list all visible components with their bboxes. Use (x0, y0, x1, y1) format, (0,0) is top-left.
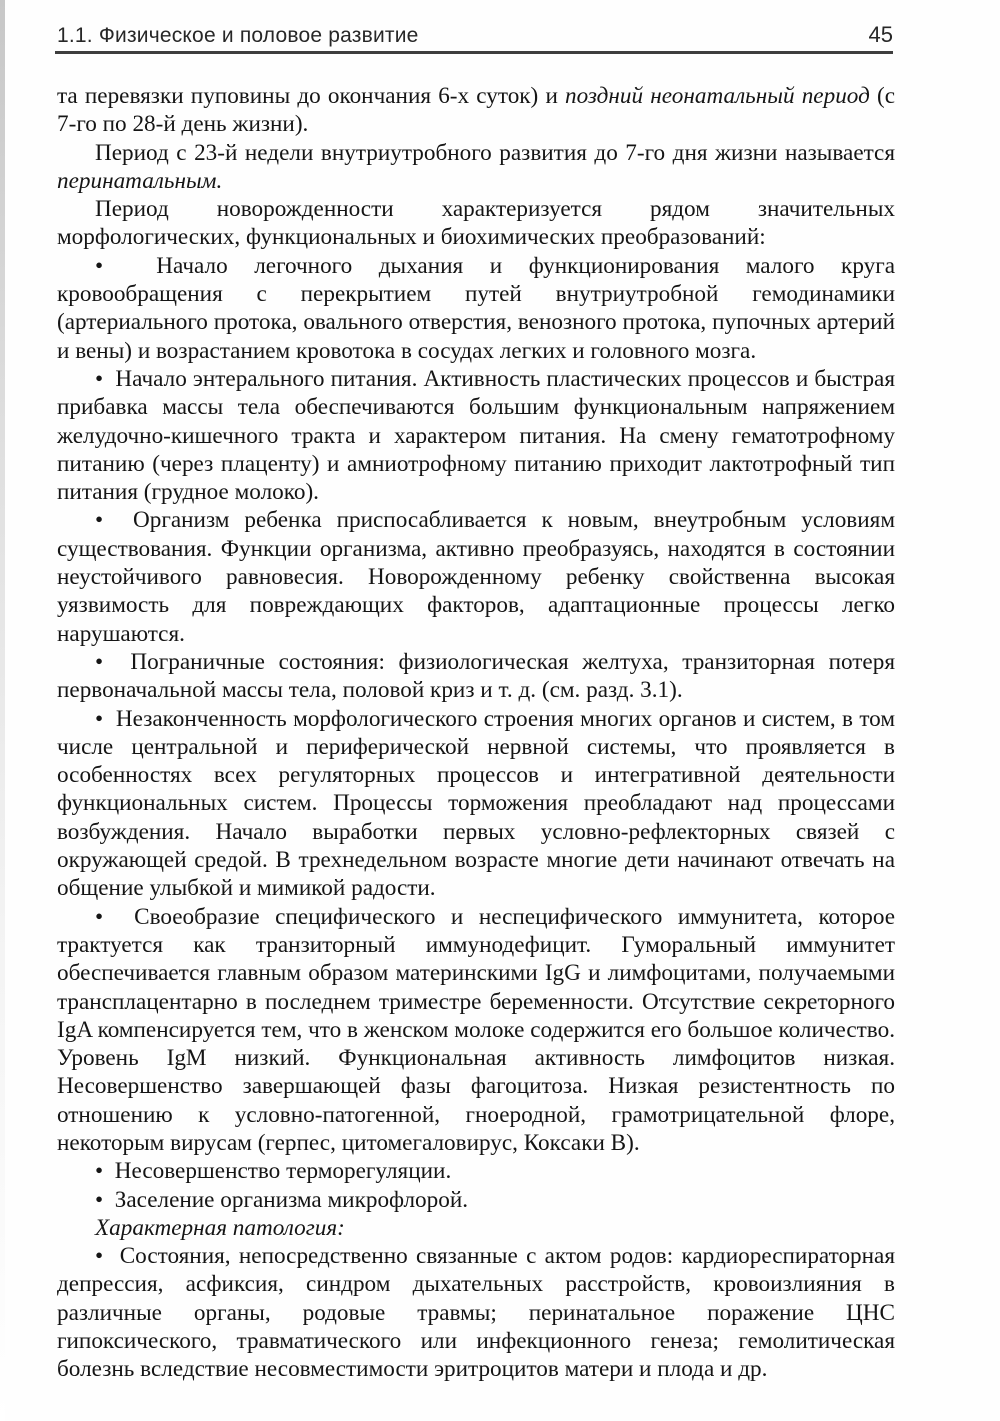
book-page: 1.1. Физическое и половое развитие 45 та… (0, 0, 1000, 1421)
bullet-icon: • (95, 904, 134, 930)
body-text-segment: Пограничные состояния: физиологическая ж… (57, 649, 895, 703)
body-text-segment: Заселение организма микрофлорой. (115, 1187, 468, 1213)
bullet-icon: • (95, 1187, 115, 1213)
body-text-segment: Своеобразие специфического и неспецифиче… (57, 904, 895, 1156)
bullet-item: • Организм ребенка приспосабливается к н… (57, 506, 895, 647)
paragraph: Период новорожденности характеризуется р… (57, 195, 895, 252)
running-header-title: 1.1. Физическое и половое развитие (57, 24, 419, 48)
body-text-segment: та перевязки пуповины до окончания 6-х с… (57, 83, 565, 109)
bullet-icon: • (95, 649, 130, 675)
page-body: та перевязки пуповины до окончания 6-х с… (57, 82, 895, 1384)
body-text-segment: Незаконченность морфологического строени… (57, 706, 895, 902)
bullet-icon: • (95, 706, 116, 732)
bullet-item: • Состояния, непосредственно связанные с… (57, 1242, 895, 1383)
bullet-item: • Несовершенство терморегуляции. (57, 1157, 895, 1185)
bullet-item: • Заселение организма микрофлорой. (57, 1186, 895, 1214)
body-text-segment: Организм ребенка приспосабливается к нов… (57, 507, 895, 646)
bullet-icon: • (95, 253, 156, 279)
italic-text: поздний неонатальный период (565, 83, 870, 109)
bullet-icon: • (95, 1158, 115, 1184)
body-text-segment: Период новорожденности характеризуется р… (57, 196, 895, 250)
scan-edge-artifact (0, 0, 5, 1421)
body-text-segment: Состояния, непосредственно связанные с а… (57, 1243, 895, 1382)
italic-text: перинатальным. (57, 168, 222, 194)
paragraph: Характерная патология: (57, 1214, 895, 1242)
bullet-icon: • (95, 366, 115, 392)
bullet-item: • Начало легочного дыхания и функциониро… (57, 252, 895, 365)
body-text-segment: Начало легочного дыхания и функционирова… (57, 253, 895, 364)
bullet-icon: • (95, 1243, 120, 1269)
bullet-item: • Пограничные состояния: физиологическая… (57, 648, 895, 705)
body-text-segment: Начало энтерального питания. Активность … (57, 366, 895, 505)
body-text-segment: Период с 23-й недели внутриутробного раз… (95, 140, 895, 166)
running-header: 1.1. Физическое и половое развитие 45 (57, 22, 893, 48)
italic-text: Характерная патология: (95, 1215, 345, 1241)
bullet-item: • Своеобразие специфического и неспецифи… (57, 903, 895, 1158)
page-number: 45 (869, 22, 893, 48)
bullet-item: • Начало энтерального питания. Активност… (57, 365, 895, 506)
bullet-item: • Незаконченность морфологического строе… (57, 705, 895, 903)
header-rule (55, 51, 893, 54)
paragraph: Период с 23-й недели внутриутробного раз… (57, 139, 895, 196)
bullet-icon: • (95, 507, 133, 533)
paragraph: та перевязки пуповины до окончания 6-х с… (57, 82, 895, 139)
body-text-segment: Несовершенство терморегуляции. (115, 1158, 452, 1184)
